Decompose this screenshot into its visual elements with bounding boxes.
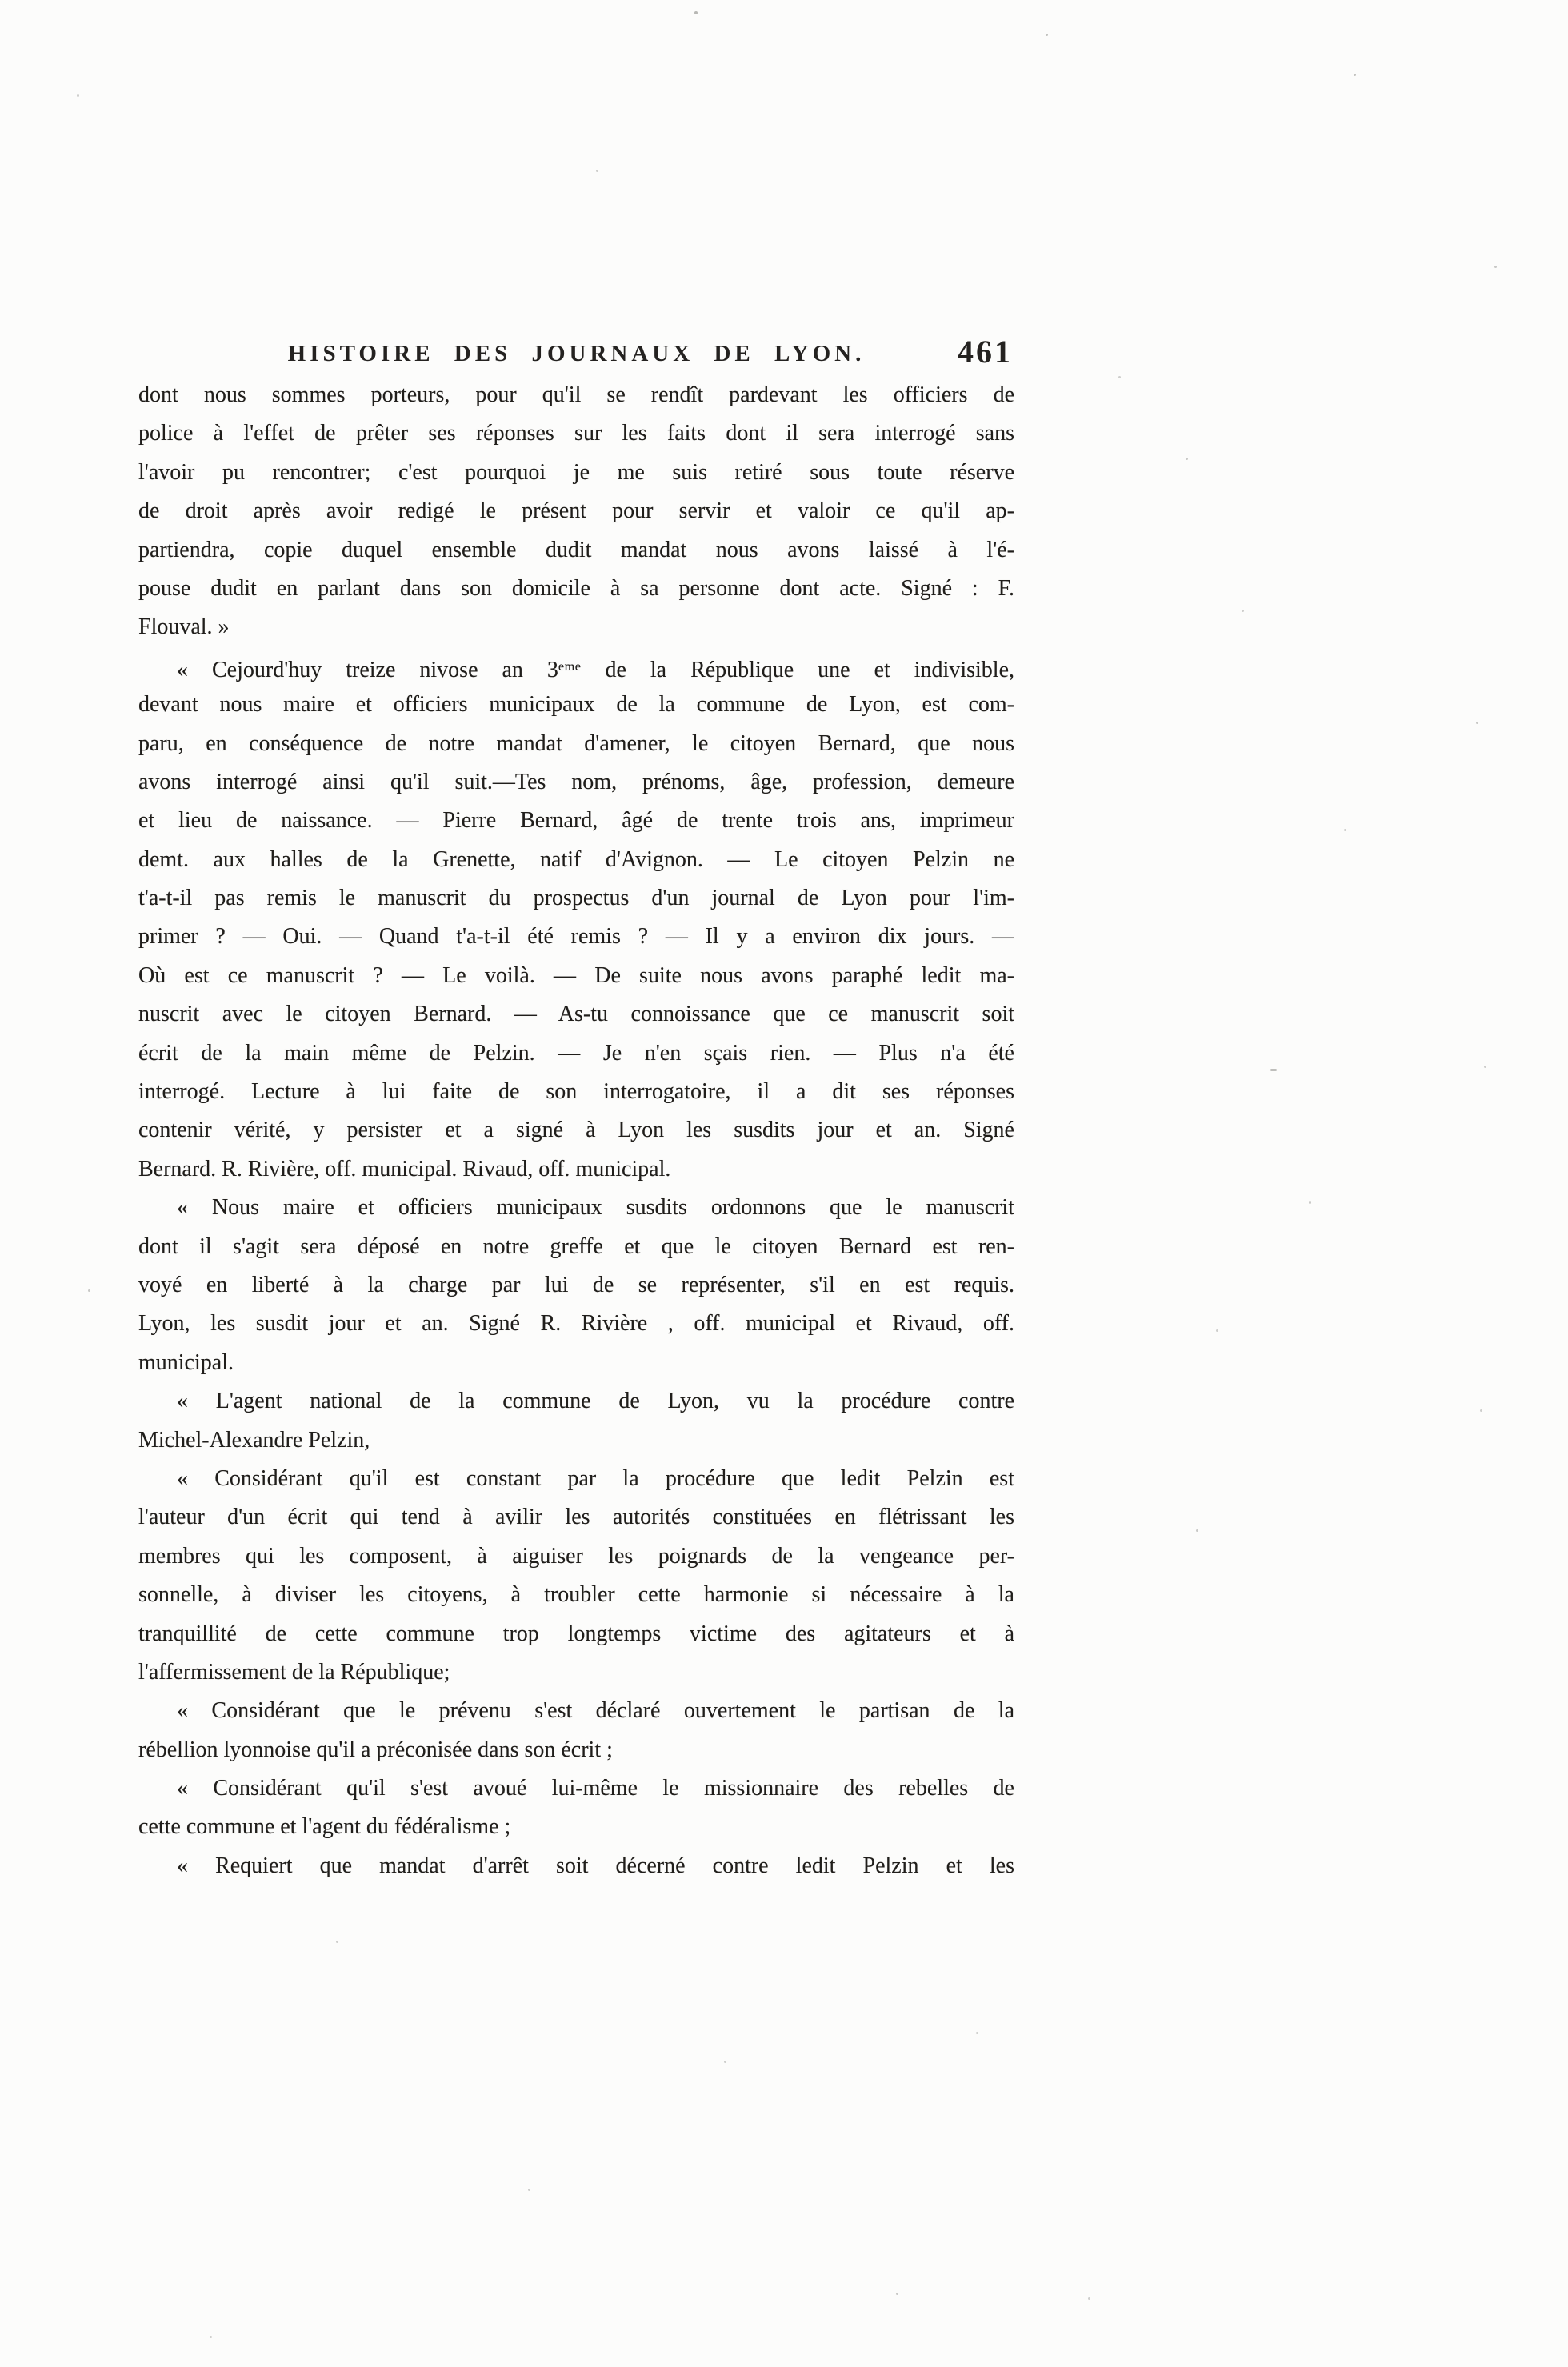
text-line: Flouval. » [138, 608, 1014, 646]
speck [1476, 722, 1478, 724]
text-line: Bernard. R. Rivière, off. municipal. Riv… [138, 1150, 1014, 1189]
speck [1309, 1201, 1311, 1204]
speck [896, 2293, 898, 2295]
page-body: dont nous sommes porteurs, pour qu'il se… [138, 376, 1014, 1885]
text-line: dont nous sommes porteurs, pour qu'il se… [138, 376, 1014, 414]
text-line: et lieu de naissance. — Pierre Bernard, … [138, 802, 1014, 840]
text-line: nuscrit avec le citoyen Bernard. — As-tu… [138, 995, 1014, 1034]
text-line: « Requiert que mandat d'arrêt soit décer… [138, 1847, 1014, 1885]
speck [596, 170, 598, 172]
text-line: sonnelle, à diviser les citoyens, à trou… [138, 1576, 1014, 1614]
text-line: « Considérant qu'il est constant par la … [138, 1460, 1014, 1498]
text-line: primer ? — Oui. — Quand t'a-t-il été rem… [138, 918, 1014, 956]
text-line: contenir vérité, y persister et a signé … [138, 1111, 1014, 1150]
text-line: l'avoir pu rencontrer; c'est pourquoi je… [138, 454, 1014, 492]
text-line: interrogé. Lecture à lui faite de son in… [138, 1073, 1014, 1111]
scanned-book-page: HISTOIRE DES JOURNAUX DE LYON. 461 dont … [0, 0, 1568, 2367]
text-line: « Cejourd'huy treize nivose an 3eme de l… [138, 647, 1014, 686]
speck [77, 94, 79, 97]
speck [1196, 1529, 1198, 1532]
speck [1270, 1069, 1277, 1071]
text-line: Michel-Alexandre Pelzin, [138, 1421, 1014, 1460]
text-line: l'affermissement de la République; [138, 1653, 1014, 1692]
text-line: rébellion lyonnoise qu'il a préconisée d… [138, 1731, 1014, 1769]
superscript: eme [558, 659, 582, 674]
text-line: municipal. [138, 1344, 1014, 1382]
page-number: 461 [958, 333, 1013, 370]
text-line: l'auteur d'un écrit qui tend à avilir le… [138, 1498, 1014, 1537]
text-line: pouse dudit en parlant dans son domicile… [138, 570, 1014, 608]
speck [1354, 74, 1356, 76]
speck [1494, 266, 1497, 268]
text-line: « Considérant que le prévenu s'est décla… [138, 1692, 1014, 1730]
text-segment: « Cejourd'huy treize nivose an 3 [177, 658, 558, 682]
text-line: paru, en conséquence de notre mandat d'a… [138, 725, 1014, 763]
header-title: HISTOIRE DES JOURNAUX DE LYON. [138, 341, 1014, 367]
speck [1344, 829, 1346, 831]
speck [1484, 1066, 1486, 1068]
text-segment: de la République une et indivisible, [581, 658, 1014, 682]
text-line: Lyon, les susdit jour et an. Signé R. Ri… [138, 1305, 1014, 1343]
text-line: écrit de la main même de Pelzin. — Je n'… [138, 1034, 1014, 1073]
speck [336, 1941, 338, 1943]
speck [528, 2189, 530, 2191]
text-line: « Considérant qu'il s'est avoué lui-même… [138, 1769, 1014, 1808]
text-line: de droit après avoir redigé le présent p… [138, 492, 1014, 530]
text-line: Où est ce manuscrit ? — Le voilà. — De s… [138, 957, 1014, 995]
speck [1118, 376, 1121, 378]
speck [976, 2032, 978, 2034]
speck [1216, 1329, 1218, 1332]
speck [1088, 2297, 1090, 2300]
speck [210, 2336, 212, 2338]
text-line: voyé en liberté à la charge par lui de s… [138, 1266, 1014, 1305]
text-line: demt. aux halles de la Grenette, natif d… [138, 841, 1014, 879]
text-line: police à l'effet de prêter ses réponses … [138, 414, 1014, 453]
text-line: « L'agent national de la commune de Lyon… [138, 1382, 1014, 1421]
speck [1186, 458, 1188, 460]
running-header: HISTOIRE DES JOURNAUX DE LYON. 461 [138, 336, 1014, 373]
speck [88, 1289, 90, 1292]
text-line: membres qui les composent, à aiguiser le… [138, 1537, 1014, 1576]
speck [1242, 610, 1244, 612]
text-line: cette commune et l'agent du fédéralisme … [138, 1808, 1014, 1846]
text-line: t'a-t-il pas remis le manuscrit du prosp… [138, 879, 1014, 918]
text-line: tranquillité de cette commune trop longt… [138, 1615, 1014, 1653]
text-line: « Nous maire et officiers municipaux sus… [138, 1189, 1014, 1227]
text-line: partiendra, copie duquel ensemble dudit … [138, 531, 1014, 570]
speck [1480, 1409, 1482, 1412]
speck [1046, 34, 1048, 36]
text-line: avons interrogé ainsi qu'il suit.—Tes no… [138, 763, 1014, 802]
speck [694, 11, 698, 14]
text-line: devant nous maire et officiers municipau… [138, 686, 1014, 724]
speck [724, 2061, 726, 2063]
text-line: dont il s'agit sera déposé en notre gref… [138, 1228, 1014, 1266]
